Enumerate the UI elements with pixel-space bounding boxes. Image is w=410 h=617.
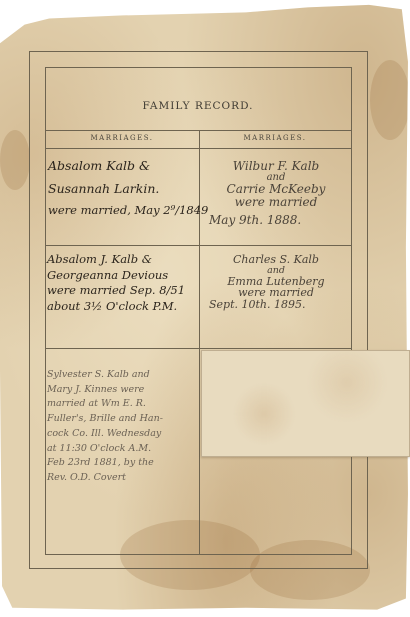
entry-line: were married, May 2⁹/1849 bbox=[48, 204, 208, 218]
entry-line: May 9th. 1888. bbox=[203, 214, 349, 227]
entry-line: married at Wm E. R. bbox=[47, 397, 163, 412]
entry-line: Absalom Kalb & bbox=[48, 158, 208, 173]
marriage-entry-sylvester-mary: Sylvester S. Kalb and Mary J. Kinnes wer… bbox=[47, 368, 163, 486]
header-top-rule bbox=[45, 130, 351, 131]
marriage-entry-absalom-susannah: Absalom Kalb & Susannah Larkin. were mar… bbox=[48, 158, 208, 218]
row-rule-2 bbox=[45, 348, 351, 349]
entry-line: Absalom J. Kalb & bbox=[47, 252, 185, 268]
entry-line: Wilbur F. Kalb bbox=[203, 160, 349, 173]
entry-line: were married bbox=[203, 287, 349, 299]
entry-line: Mary J. Kinnes were bbox=[47, 383, 163, 398]
pasted-paper-patch bbox=[201, 350, 410, 457]
entry-line: at 11:30 O'clock A.M. bbox=[47, 442, 163, 457]
paper-stain bbox=[370, 60, 410, 140]
entry-line: Charles S. Kalb bbox=[203, 254, 349, 266]
column-header-left: MARRIAGES. bbox=[46, 134, 198, 142]
paper-stain bbox=[0, 130, 30, 190]
entry-line: Susannah Larkin. bbox=[48, 181, 208, 196]
row-rule-1 bbox=[45, 245, 351, 246]
entry-line: Rev. O.D. Covert bbox=[47, 471, 163, 486]
marriage-entry-charles-emma: Charles S. Kalb and Emma Lutenberg were … bbox=[203, 254, 349, 310]
entry-line: Georgeanna Devious bbox=[47, 268, 185, 284]
entry-line: were married Sep. 8/51 bbox=[47, 283, 185, 299]
entry-line: Sylvester S. Kalb and bbox=[47, 368, 163, 383]
header-bottom-rule bbox=[45, 148, 351, 149]
entry-line: Feb 23rd 1881, by the bbox=[47, 456, 163, 471]
column-header-right: MARRIAGES. bbox=[199, 134, 351, 142]
entry-line: about 3½ O'clock P.M. bbox=[47, 299, 185, 315]
entry-line: Sept. 10th. 1895. bbox=[203, 299, 349, 311]
page-title: FAMILY RECORD. bbox=[45, 100, 351, 112]
entry-line: Fuller's, Brille and Han- bbox=[47, 412, 163, 427]
entry-line: cock Co. Ill. Wednesday bbox=[47, 427, 163, 442]
marriage-entry-absalom-georgeanna: Absalom J. Kalb & Georgeanna Devious wer… bbox=[47, 252, 185, 314]
entry-line: were married bbox=[203, 196, 349, 209]
marriage-entry-wilbur-carrie: Wilbur F. Kalb and Carrie McKeeby were m… bbox=[203, 160, 349, 227]
entry-line: Carrie McKeeby bbox=[203, 183, 349, 196]
